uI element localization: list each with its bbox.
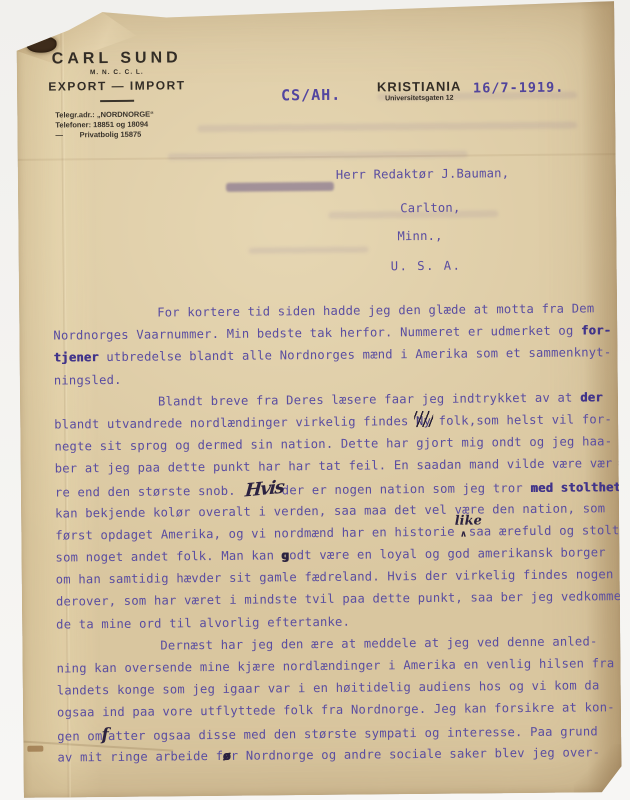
private-phone: — Privatbolig 15875 bbox=[55, 129, 259, 141]
recipient-state: Minn., bbox=[397, 229, 442, 243]
place-street: Universitetsgaten 12 bbox=[377, 95, 461, 103]
scan-background: CARL SUND M. N. C. C. L. EXPORT — IMPORT… bbox=[0, 0, 630, 800]
reference-initials: CS/AH. bbox=[281, 86, 341, 105]
company-subtitle: M. N. C. C. L. bbox=[29, 68, 205, 77]
place-block: KRISTIANIA Universitetsgaten 12 bbox=[377, 79, 462, 103]
letter-body: For kortere tid siden hadde jeg den glæd… bbox=[53, 297, 619, 768]
margin-mark bbox=[27, 746, 43, 752]
letterhead: CARL SUND M. N. C. C. L. EXPORT — IMPORT… bbox=[29, 49, 260, 141]
body-line: av mit ringe arbeide før Nordnorge og an… bbox=[57, 741, 619, 769]
letter-date: 16/7-1919. bbox=[473, 80, 564, 97]
recipient-name: Herr Redaktør J.Bauman, bbox=[336, 166, 510, 182]
company-trade: EXPORT — IMPORT bbox=[29, 78, 205, 94]
recipient-country: U. S. A. bbox=[391, 259, 462, 274]
ghost-impression bbox=[168, 151, 468, 161]
recipient-city: Carlton, bbox=[400, 201, 460, 216]
letter-paper: CARL SUND M. N. C. C. L. EXPORT — IMPORT… bbox=[16, 1, 622, 798]
place-city: KRISTIANIA bbox=[377, 79, 462, 95]
ghost-impression bbox=[249, 247, 369, 254]
letterhead-divider bbox=[100, 100, 134, 102]
ink-smudge bbox=[226, 182, 334, 192]
company-name: CARL SUND bbox=[29, 49, 205, 69]
